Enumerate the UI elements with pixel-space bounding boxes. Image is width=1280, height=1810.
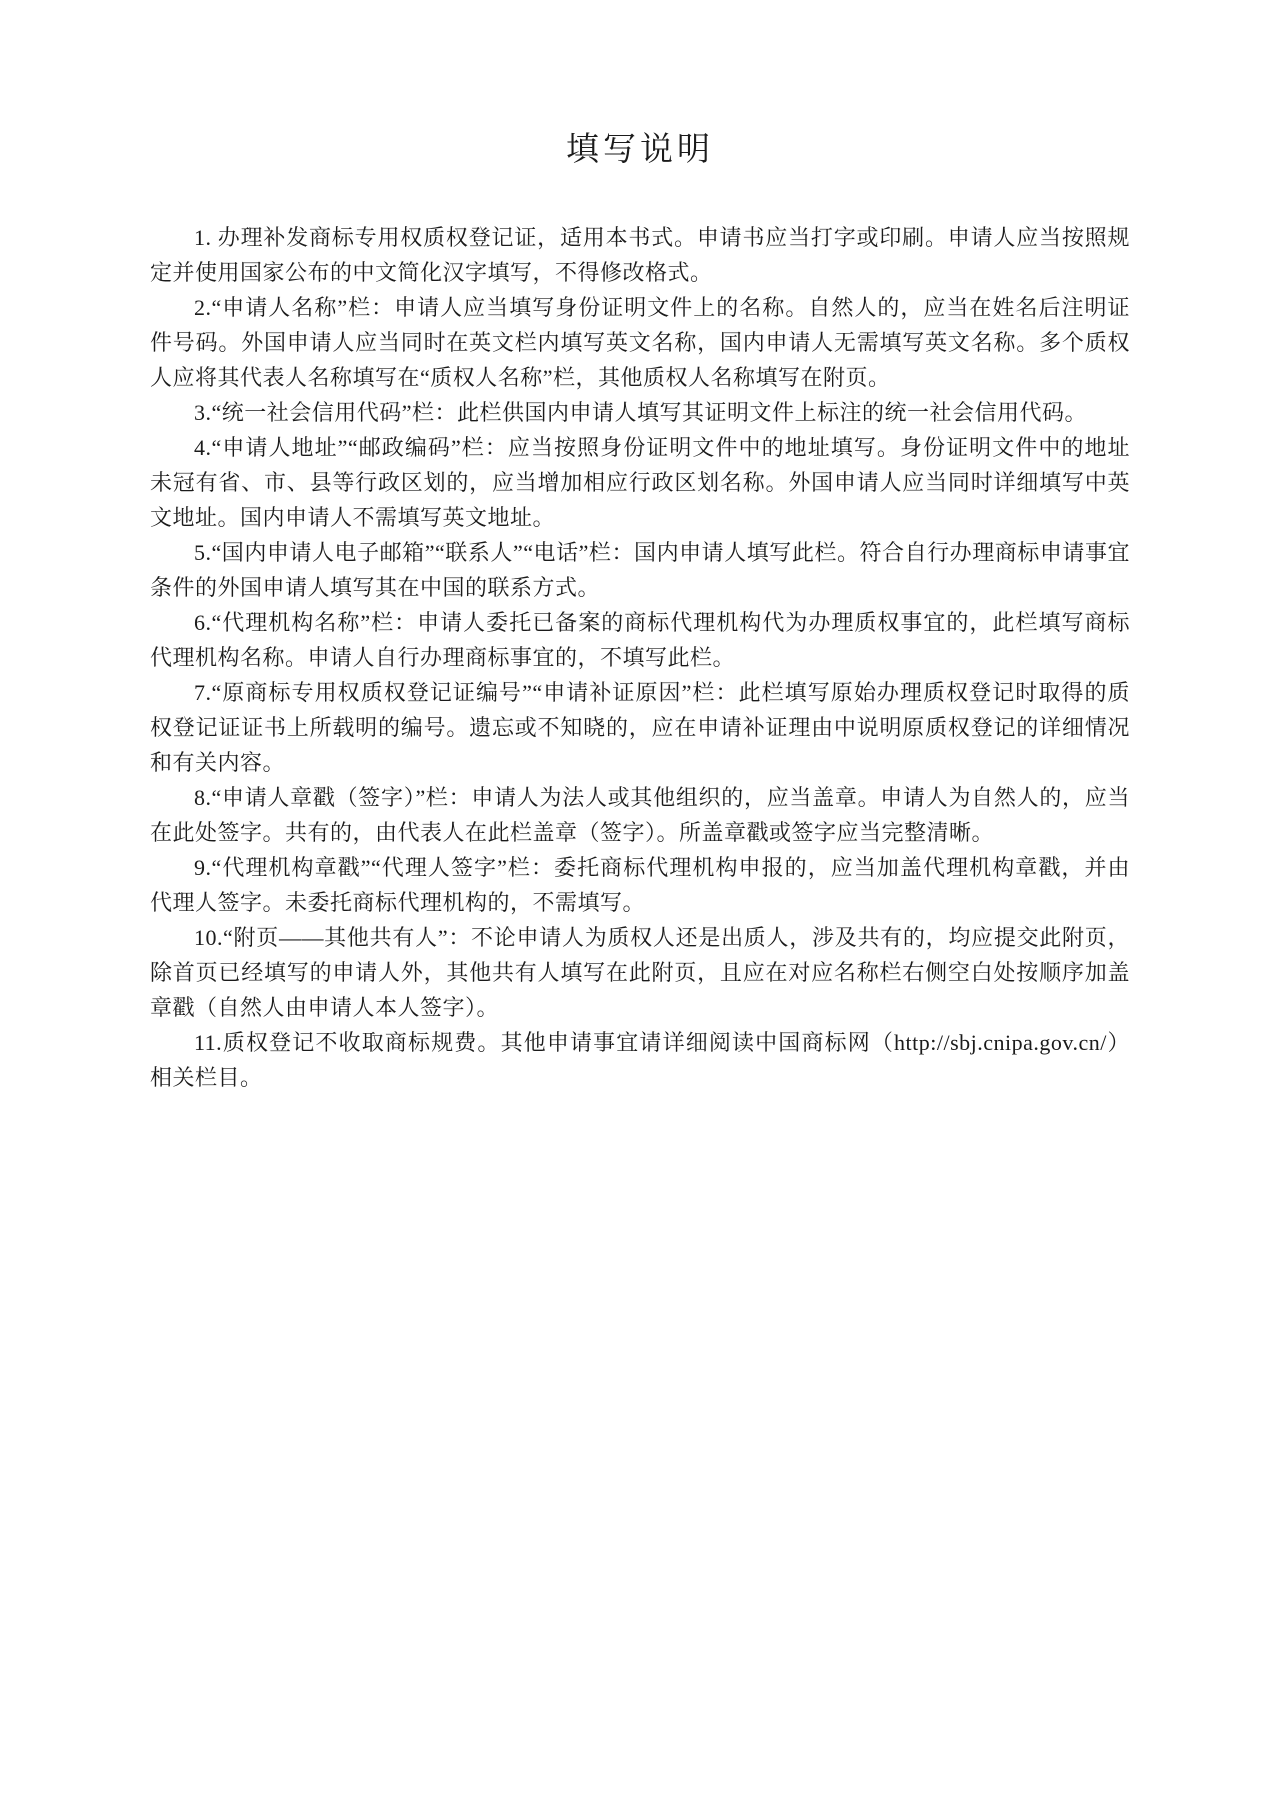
instruction-paragraph-9: 9.“代理机构章戳”“代理人签字”栏：委托商标代理机构申报的，应当加盖代理机构章… [150, 850, 1130, 920]
instruction-paragraph-5: 5.“国内申请人电子邮箱”“联系人”“电话”栏：国内申请人填写此栏。符合自行办理… [150, 535, 1130, 605]
instruction-paragraph-8: 8.“申请人章戳（签字）”栏：申请人为法人或其他组织的，应当盖章。申请人为自然人… [150, 780, 1130, 850]
document-page: 填写说明 1. 办理补发商标专用权质权登记证，适用本书式。申请书应当打字或印刷。… [0, 0, 1280, 1810]
instruction-paragraph-3: 3.“统一社会信用代码”栏：此栏供国内申请人填写其证明文件上标注的统一社会信用代… [150, 395, 1130, 430]
instruction-paragraph-10: 10.“附页——其他共有人”：不论申请人为质权人还是出质人，涉及共有的，均应提交… [150, 920, 1130, 1025]
instruction-paragraph-7: 7.“原商标专用权质权登记证编号”“申请补证原因”栏：此栏填写原始办理质权登记时… [150, 675, 1130, 780]
instruction-paragraph-1: 1. 办理补发商标专用权质权登记证，适用本书式。申请书应当打字或印刷。申请人应当… [150, 220, 1130, 290]
instruction-paragraph-4: 4.“申请人地址”“邮政编码”栏：应当按照身份证明文件中的地址填写。身份证明文件… [150, 430, 1130, 535]
instruction-paragraph-6: 6.“代理机构名称”栏：申请人委托已备案的商标代理机构代为办理质权事宜的，此栏填… [150, 605, 1130, 675]
instructions-body: 1. 办理补发商标专用权质权登记证，适用本书式。申请书应当打字或印刷。申请人应当… [150, 220, 1130, 1095]
instruction-paragraph-2: 2.“申请人名称”栏：申请人应当填写身份证明文件上的名称。自然人的，应当在姓名后… [150, 290, 1130, 395]
page-title: 填写说明 [0, 130, 1280, 170]
instruction-paragraph-11: 11.质权登记不收取商标规费。其他申请事宜请详细阅读中国商标网（http://s… [150, 1025, 1130, 1095]
